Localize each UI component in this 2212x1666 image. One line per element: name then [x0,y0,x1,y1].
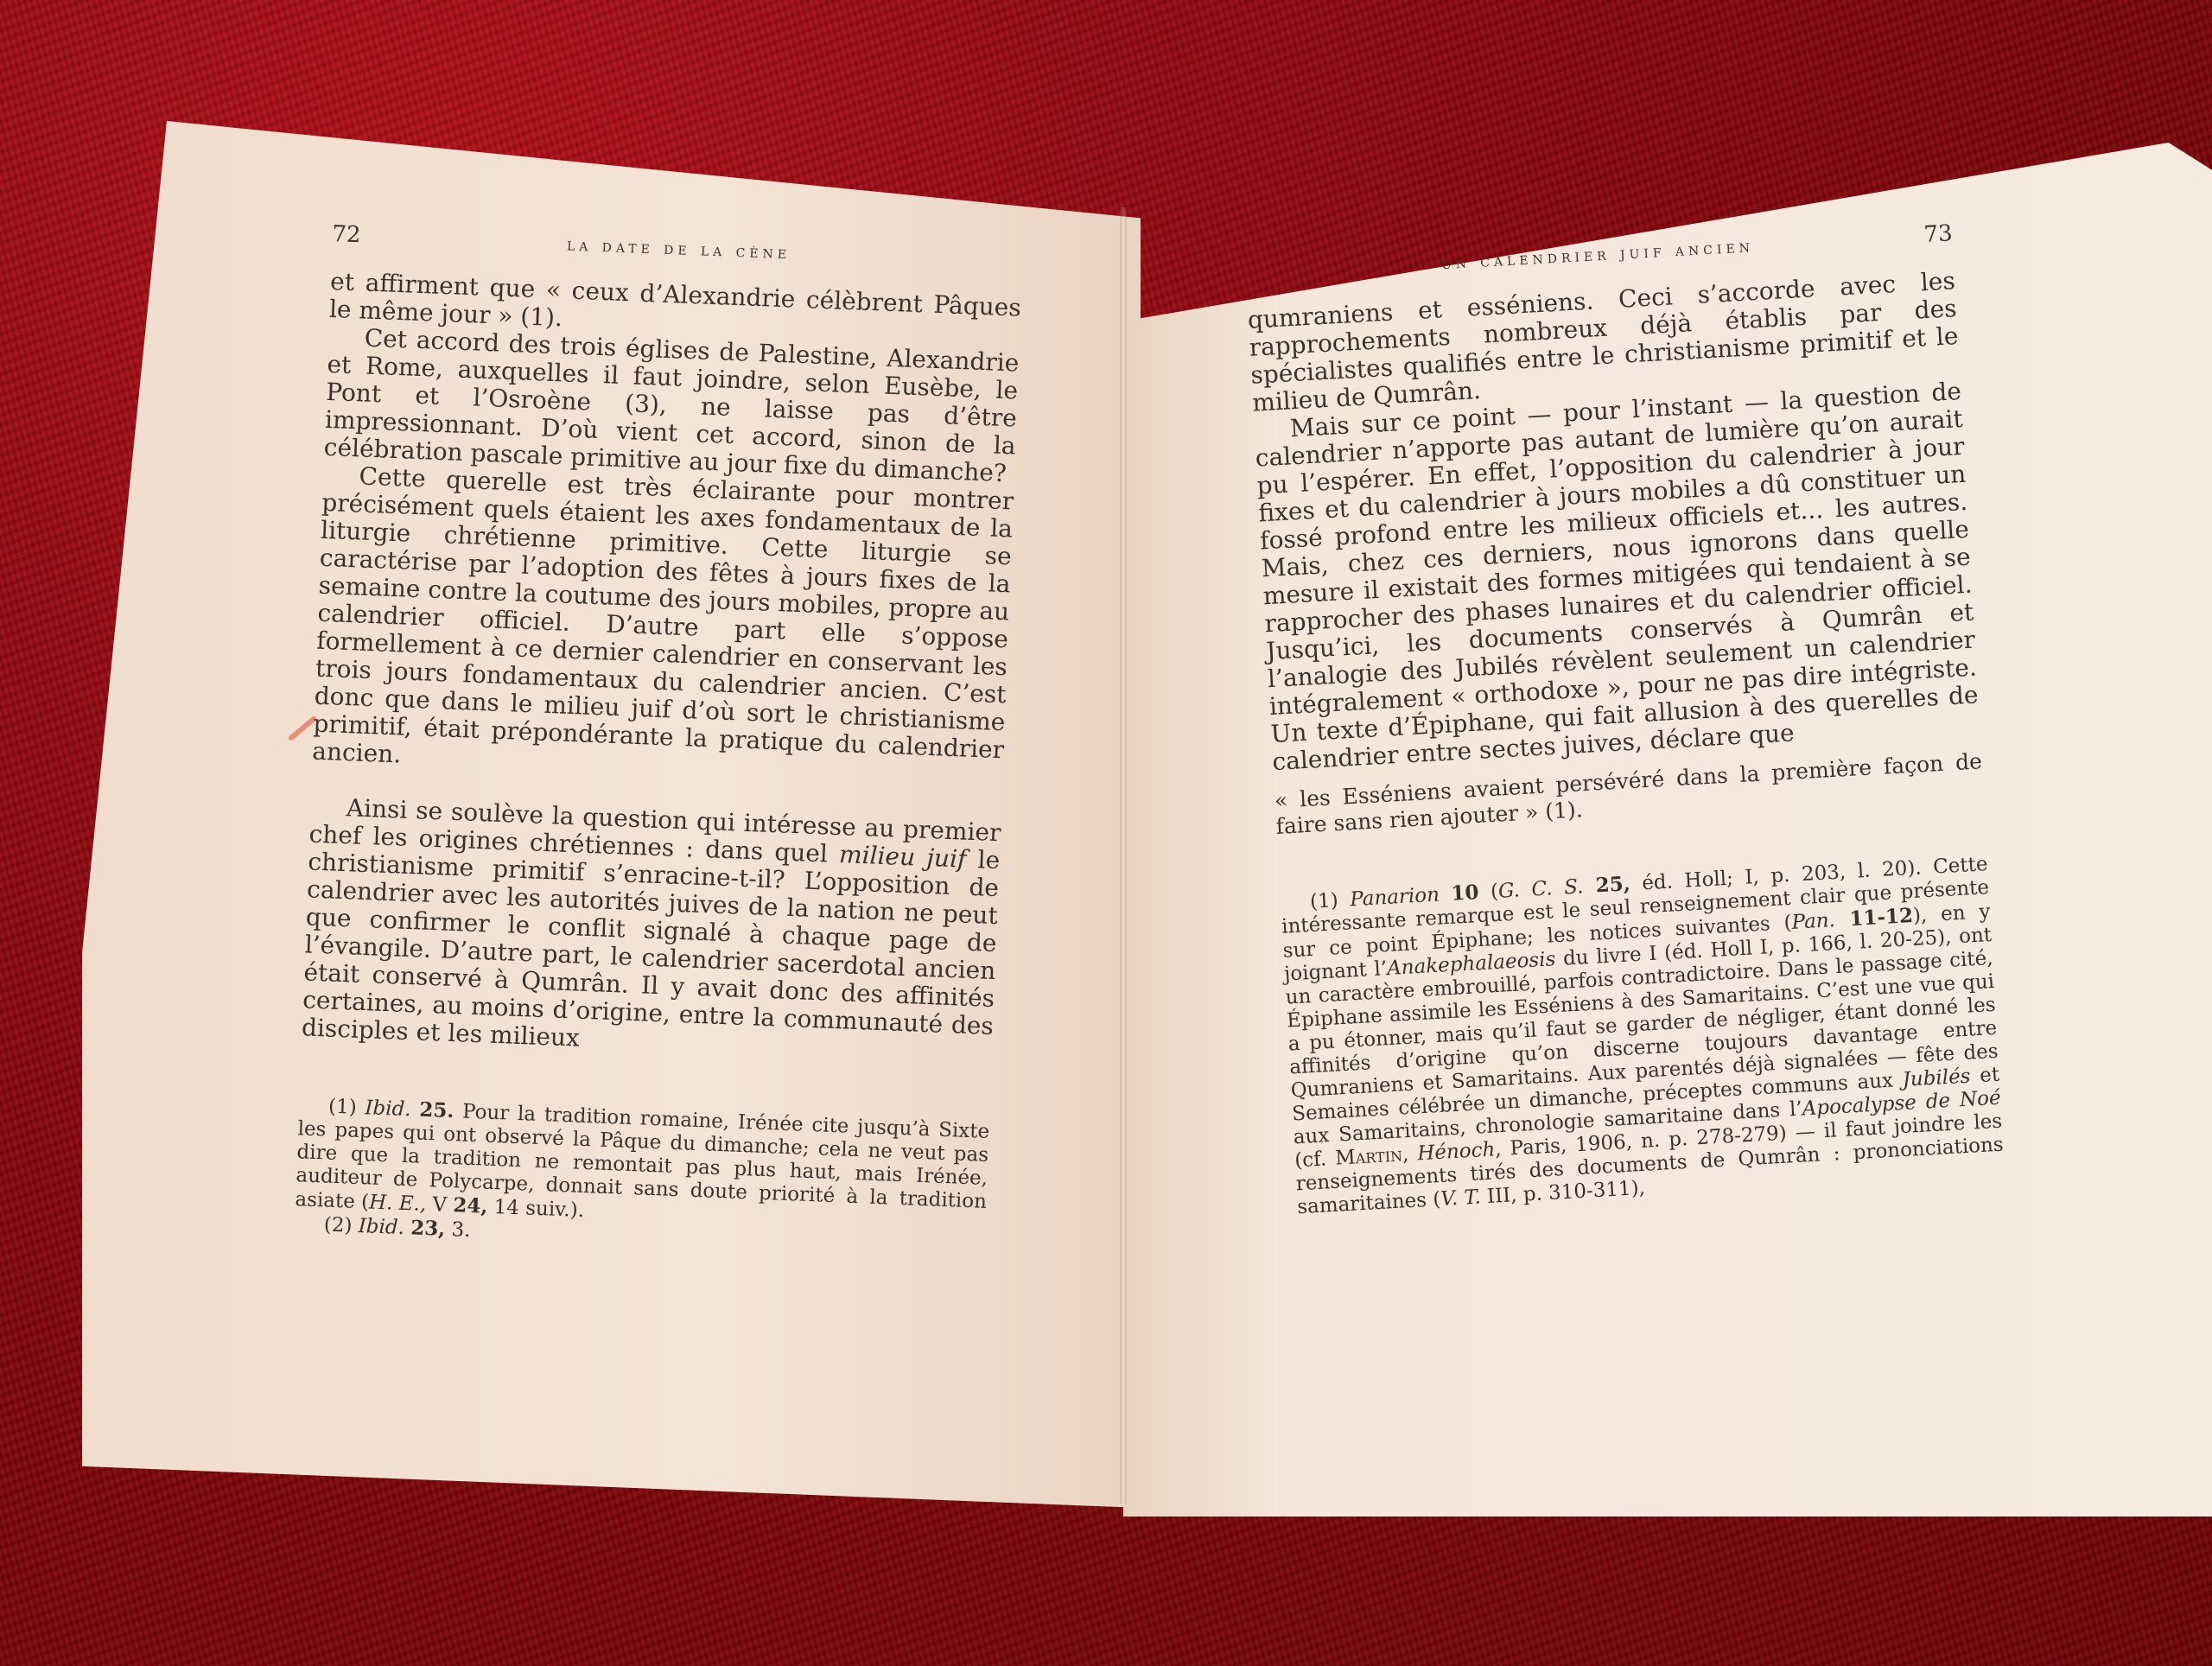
paragraph: Cet accord des trois églises de Palestin… [323,323,1020,488]
page-number-right: 73 [1923,219,1954,249]
footnotes-left: (1) Ibid. 25. Pour la tradition romaine,… [294,1093,990,1262]
footnote-1: (1) Panarion 10 (G. C. S. 25, éd. Holl; … [1280,852,2005,1219]
page-number-left: 72 [332,220,361,249]
paragraph: Mais sur ce point — pour l’instant — la … [1253,378,1980,776]
paragraph: Cette querelle est très éclairante pour … [312,461,1014,792]
left-page-text: 72 LA DATE DE LA CÈNE et affirment que «… [294,220,1024,1262]
book-gutter [1120,207,1127,1504]
right-page-text: UN CALENDRIER JUIF ANCIEN 73 qumraniens … [1244,219,2005,1219]
paragraph: Ainsi se soulève la question qui intéres… [301,793,1001,1068]
footnotes-right: (1) Panarion 10 (G. C. S. 25, éd. Holl; … [1280,852,2005,1219]
